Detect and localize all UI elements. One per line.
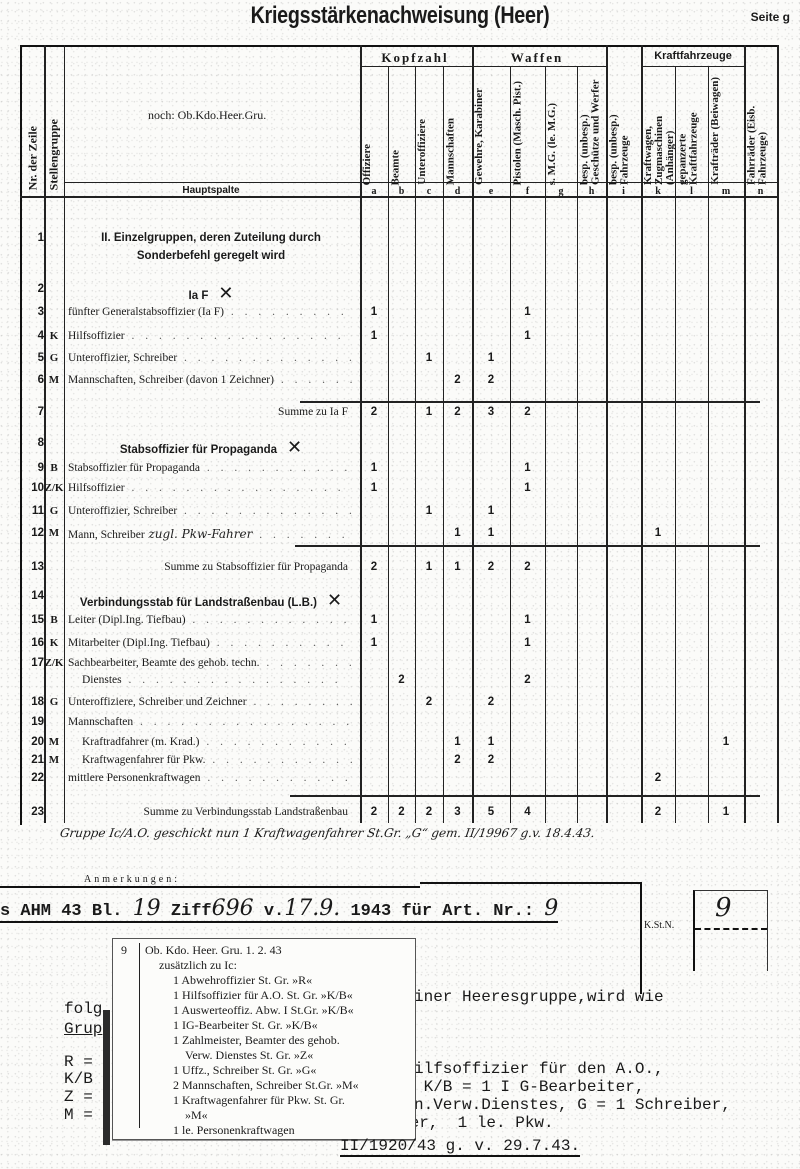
- table-row: 5GUnteroffizier, Schreiber . . . . . . .…: [0, 352, 800, 370]
- row-number: 20: [22, 736, 44, 748]
- table-row: 18GUnteroffiziere, Schreiber und Zeichne…: [0, 696, 800, 714]
- row-description: mittlere Personenkraftwagen . . . . . . …: [68, 772, 354, 784]
- row-description: Sonderbefehl geregelt wird: [68, 250, 354, 262]
- slip-line: 1 Hilfsoffizier für A.O. St. Gr. »K/B«: [145, 988, 359, 1003]
- anmerkungen-label: Anmerkungen:: [84, 874, 180, 885]
- cell-value-e: 2: [479, 561, 503, 573]
- row-stellengruppe: M: [44, 527, 64, 539]
- column-key-h: h: [582, 186, 602, 197]
- cell-value-f: 2: [516, 674, 540, 686]
- row-number: 21: [22, 754, 44, 766]
- row-number: 2: [22, 283, 44, 295]
- table-row: 17Z/KSachbearbeiter, Beamte des gehob. t…: [0, 657, 800, 675]
- row-number: 8: [22, 437, 44, 449]
- row-stellengruppe: G: [44, 696, 64, 708]
- column-key-k: k: [648, 186, 668, 197]
- ahm-date: 17.9.: [284, 896, 340, 921]
- cell-value-d: 1: [446, 736, 470, 748]
- column-key-b: b: [392, 186, 412, 197]
- column-key-f: f: [518, 186, 538, 197]
- cell-value-d: 2: [446, 754, 470, 766]
- divider: [0, 886, 420, 888]
- slip-line: 1 IG-Bearbeiter St. Gr. »K/B«: [145, 1018, 359, 1033]
- table-row: 19Mannschaften . . . . . . . . . . . . .…: [0, 716, 800, 734]
- table-row: 14Verbindungsstab für Landstraßenbau (L.…: [0, 590, 800, 608]
- cell-value-m: 1: [714, 806, 738, 818]
- grid-line: [295, 545, 760, 547]
- table-row: 13Summe zu Stabsoffizier für Propaganda2…: [0, 561, 800, 579]
- row-description: Kraftradfahrer (m. Krad.) . . . . . . . …: [68, 736, 354, 748]
- handwritten-note: Gruppe Ic/A.O. geschickt nun 1 Kraftwage…: [59, 826, 761, 840]
- cell-value-a: 1: [362, 462, 386, 474]
- row-stellengruppe: B: [44, 614, 64, 626]
- cross-mark-icon: ✕: [218, 283, 233, 304]
- row-stellengruppe: B: [44, 462, 64, 474]
- row-number: 5: [22, 352, 44, 364]
- cell-value-d: 3: [446, 806, 470, 818]
- ahm-reference: s AHM 43 Bl. 19 Ziff696 v.17.9. 1943 für…: [0, 896, 558, 923]
- row-stellengruppe: G: [44, 505, 64, 517]
- kstn-value: 9: [715, 893, 732, 923]
- kstn-label: K.St.N.: [644, 920, 674, 931]
- cell-value-e: 5: [479, 806, 503, 818]
- row-number: 4: [22, 330, 44, 342]
- column-key-a: a: [364, 186, 384, 197]
- grid-line: [290, 795, 760, 797]
- slip-line: 1 Auswerteoffiz. Abw. I St.Gr. »K/B«: [145, 1003, 359, 1018]
- row-stellengruppe: M: [44, 736, 64, 748]
- row-number: 23: [22, 806, 44, 818]
- column-header-h: besp. (unbesp.) Geschütze und Werfer: [577, 70, 606, 185]
- cell-value-e: 1: [479, 527, 503, 539]
- group-kraftfahrzeuge: Kraftfahrzeuge: [642, 50, 744, 62]
- row-number: 1: [22, 232, 44, 244]
- column-key-d: d: [448, 186, 468, 197]
- table-row: 2Ia F✕: [0, 283, 800, 301]
- table-row: 20MKraftradfahrer (m. Krad.) . . . . . .…: [0, 736, 800, 754]
- column-header-d: Mannschaften: [443, 70, 472, 185]
- row-description: Stabsoffizier für Propaganda✕: [68, 437, 354, 458]
- cell-value-e: 2: [479, 374, 503, 386]
- cell-value-e: 1: [479, 736, 503, 748]
- row-description: Mitarbeiter (Dipl.Ing. Tiefbau) . . . . …: [68, 637, 354, 649]
- column-key-g: g: [551, 186, 571, 197]
- row-description: Summe zu Stabsoffizier für Propaganda: [68, 561, 354, 573]
- column-header-k: Kraftwagen, Zugmaschinen (Anhänger): [641, 70, 675, 185]
- cell-value-d: 2: [446, 374, 470, 386]
- row-number: 16: [22, 637, 44, 649]
- table-row: 9BStabsoffizier für Propaganda . . . . .…: [0, 462, 800, 480]
- table-row: 7Summe zu Ia F21232: [0, 406, 800, 424]
- column-key-c: c: [419, 186, 439, 197]
- ahm-blatt: 19: [133, 896, 161, 921]
- bottom-reference: II/1920/43 g. v. 29.7.43.: [340, 1137, 580, 1157]
- page-label: Seite g: [751, 10, 790, 24]
- row-number: 3: [22, 306, 44, 318]
- table-row: 6MMannschaften, Schreiber (davon 1 Zeich…: [0, 374, 800, 392]
- slip-line: zusätzlich zu Ic:: [145, 958, 359, 973]
- row-description: Summe zu Ia F: [68, 406, 354, 418]
- cell-value-d: 1: [446, 527, 470, 539]
- column-header-i: besp. (unbesp.) Fahrzeuge: [606, 70, 641, 185]
- column-header-a: Offiziere: [360, 70, 388, 185]
- column-header-g: s. M.G. (le. M.G.): [545, 70, 577, 185]
- row-stellengruppe: Z/K: [44, 482, 64, 494]
- cell-value-f: 1: [516, 637, 540, 649]
- row-description: Stabsoffizier für Propaganda . . . . . .…: [68, 462, 354, 474]
- cell-value-f: 1: [516, 614, 540, 626]
- unit-title: noch: Ob.Kdo.Heer.Gru.: [148, 108, 266, 123]
- cell-value-f: 2: [516, 406, 540, 418]
- document-title: Kriegsstärkenachweisung (Heer): [72, 2, 728, 30]
- cell-value-a: 1: [362, 637, 386, 649]
- cell-value-a: 1: [362, 306, 386, 318]
- column-key-e: e: [481, 186, 501, 197]
- row-number: 19: [22, 716, 44, 728]
- table-row: 23Summe zu Verbindungsstab Landstraßenba…: [0, 806, 800, 824]
- cell-value-a: 2: [362, 561, 386, 573]
- column-header-m: Krafträder (Beiwagen): [708, 70, 744, 185]
- row-number: 18: [22, 696, 44, 708]
- slip-line: 1 Abwehroffizier St. Gr. »R«: [145, 973, 359, 988]
- pasted-correction-slip: 9 Ob. Kdo. Heer. Gru. 1. 2. 43zusätzlich…: [112, 938, 416, 1140]
- grid-line: [360, 66, 472, 67]
- group-waffen: Waffen: [472, 50, 602, 66]
- row-number: 12: [22, 527, 44, 539]
- row-number: 22: [22, 772, 44, 784]
- table-row: 21MKraftwagenfahrer für Pkw. . . . . . .…: [0, 754, 800, 772]
- row-stellengruppe: G: [44, 352, 64, 364]
- cell-value-f: 1: [516, 462, 540, 474]
- row-description: Dienstes . . . . . . . . . . . . . . . .: [68, 674, 354, 686]
- row-number: 9: [22, 462, 44, 474]
- table-row: Sonderbefehl geregelt wird: [0, 250, 800, 268]
- cell-value-f: 4: [516, 806, 540, 818]
- row-number: 7: [22, 406, 44, 418]
- row-description: Mann, Schreiber zugl. Pkw-Fahrer . . . .…: [68, 527, 354, 541]
- column-header-e: Gewehre, Karabiner: [472, 70, 510, 185]
- row-number: 13: [22, 561, 44, 573]
- slip-line: 1 le. Personenkraftwagen: [145, 1123, 359, 1138]
- row-description: Mannschaften, Schreiber (davon 1 Zeichne…: [68, 374, 354, 386]
- slip-line: »M«: [145, 1108, 359, 1123]
- row-description: Unteroffizier, Schreiber . . . . . . . .…: [68, 352, 354, 364]
- row-description: Verbindungsstab für Landstraßenbau (L.B.…: [68, 590, 354, 611]
- slip-line: 1 Zahlmeister, Beamter des gehob.: [145, 1033, 359, 1048]
- cell-value-e: 2: [479, 754, 503, 766]
- row-description: Sachbearbeiter, Beamte des gehob. techn.…: [68, 657, 354, 669]
- slip-line: 1 Uffz., Schreiber St. Gr. »G«: [145, 1063, 359, 1078]
- slip-line: 2 Mannschaften, Schreiber St.Gr. »M«: [145, 1078, 359, 1093]
- cell-value-k: 1: [646, 527, 670, 539]
- cell-value-a: 2: [362, 806, 386, 818]
- row-description: II. Einzelgruppen, deren Zuteilung durch: [68, 232, 354, 244]
- cell-value-d: 1: [446, 561, 470, 573]
- column-header-l: gepanzerte Kraftfahrzeuge: [675, 70, 708, 185]
- kstn-box: 9: [693, 890, 768, 971]
- row-stellengruppe: Z/K: [44, 657, 64, 669]
- hauptspalte-label: Hauptspalte: [65, 185, 357, 196]
- column-key-l: l: [682, 186, 702, 197]
- slip-number: 9: [121, 943, 127, 958]
- slip-line: Ob. Kdo. Heer. Gru. 1. 2. 43: [145, 943, 359, 958]
- column-header-b: Beamte: [388, 70, 415, 185]
- row-description: Ia F✕: [68, 283, 354, 304]
- cell-value-e: 2: [479, 696, 503, 708]
- cell-value-e: 1: [479, 352, 503, 364]
- cell-value-a: 1: [362, 482, 386, 494]
- table-row: 11GUnteroffizier, Schreiber . . . . . . …: [0, 505, 800, 523]
- cell-value-c: 1: [417, 561, 441, 573]
- cross-mark-icon: ✕: [287, 437, 302, 458]
- row-description: Mannschaften . . . . . . . . . . . . . .…: [68, 716, 354, 728]
- table-row: 15BLeiter (Dipl.Ing. Tiefbau) . . . . . …: [0, 614, 800, 632]
- row-number: 11: [22, 505, 44, 517]
- table-row: 12MMann, Schreiber zugl. Pkw-Fahrer . . …: [0, 527, 800, 545]
- paste-shadow: [103, 1010, 110, 1145]
- handwritten-annotation: zugl. Pkw-Fahrer: [145, 527, 253, 541]
- cell-value-c: 2: [417, 696, 441, 708]
- column-header-n: Fahrräder (Eisb. Fahrzeuge): [744, 70, 777, 185]
- table-row: 1II. Einzelgruppen, deren Zuteilung durc…: [0, 232, 800, 250]
- grid-line: [641, 66, 744, 67]
- ahm-ziff: 696: [212, 896, 254, 921]
- cell-value-f: 1: [516, 482, 540, 494]
- header-stellengruppe: Stellengruppe: [44, 50, 64, 190]
- grid-line: [300, 401, 760, 403]
- cell-value-b: 2: [390, 806, 414, 818]
- cell-value-b: 2: [390, 674, 414, 686]
- ahm-art: 9: [544, 896, 558, 921]
- cell-value-e: 3: [479, 406, 503, 418]
- slip-line: 1 Kraftwagenfahrer für Pkw. St. Gr.: [145, 1093, 359, 1108]
- cell-value-f: 1: [516, 306, 540, 318]
- cell-value-e: 1: [479, 505, 503, 517]
- row-description: Unteroffiziere, Schreiber und Zeichner .…: [68, 696, 354, 708]
- table-row: 8Stabsoffizier für Propaganda✕: [0, 437, 800, 455]
- cell-value-c: 1: [417, 406, 441, 418]
- cell-value-k: 2: [646, 806, 670, 818]
- row-description: Hilfsoffizier . . . . . . . . . . . . . …: [68, 330, 354, 342]
- cell-value-c: 2: [417, 806, 441, 818]
- row-stellengruppe: M: [44, 754, 64, 766]
- row-stellengruppe: M: [44, 374, 64, 386]
- table-row: 22mittlere Personenkraftwagen . . . . . …: [0, 772, 800, 790]
- row-description: Summe zu Verbindungsstab Landstraßenbau: [68, 806, 354, 818]
- header-nr-der-zeile: Nr. der Zeile: [22, 50, 44, 190]
- column-key-m: m: [716, 186, 736, 197]
- row-number: 17: [22, 657, 44, 669]
- row-stellengruppe: K: [44, 637, 64, 649]
- row-stellengruppe: K: [44, 330, 64, 342]
- cross-mark-icon: ✕: [327, 590, 342, 611]
- cell-value-f: 1: [516, 330, 540, 342]
- table-row: 3fünfter Generalstabsoffizier (Ia F) . .…: [0, 306, 800, 324]
- grid-line: [472, 66, 606, 67]
- slip-line: Verw. Dienstes St. Gr. »Z«: [145, 1048, 359, 1063]
- cell-value-m: 1: [714, 736, 738, 748]
- table-row: 16KMitarbeiter (Dipl.Ing. Tiefbau) . . .…: [0, 637, 800, 655]
- cell-value-c: 1: [417, 505, 441, 517]
- row-number: 14: [22, 590, 44, 602]
- column-header-c: Unteroffiziere: [415, 70, 443, 185]
- table-row: 10Z/KHilfsoffizier . . . . . . . . . . .…: [0, 482, 800, 500]
- cell-value-f: 2: [516, 561, 540, 573]
- row-description: Leiter (Dipl.Ing. Tiefbau) . . . . . . .…: [68, 614, 354, 626]
- row-description: Kraftwagenfahrer für Pkw. . . . . . . . …: [68, 754, 354, 766]
- cell-value-k: 2: [646, 772, 670, 784]
- column-key-n: n: [751, 186, 771, 197]
- table-row: Dienstes . . . . . . . . . . . . . . . .…: [0, 674, 800, 692]
- row-number: 6: [22, 374, 44, 386]
- column-header-f: Pistolen (Masch. Pist.): [510, 70, 545, 185]
- cell-value-c: 1: [417, 352, 441, 364]
- cell-value-a: 1: [362, 330, 386, 342]
- table-row: 4KHilfsoffizier . . . . . . . . . . . . …: [0, 330, 800, 348]
- group-kopfzahl: Kopfzahl: [360, 50, 470, 66]
- row-number: 15: [22, 614, 44, 626]
- cell-value-a: 1: [362, 614, 386, 626]
- row-number: 10: [22, 482, 44, 494]
- cell-value-d: 2: [446, 406, 470, 418]
- column-key-i: i: [614, 186, 634, 197]
- row-description: fünfter Generalstabsoffizier (Ia F) . . …: [68, 306, 354, 318]
- cell-value-a: 2: [362, 406, 386, 418]
- row-description: Hilfsoffizier . . . . . . . . . . . . . …: [68, 482, 354, 494]
- row-description: Unteroffizier, Schreiber . . . . . . . .…: [68, 505, 354, 517]
